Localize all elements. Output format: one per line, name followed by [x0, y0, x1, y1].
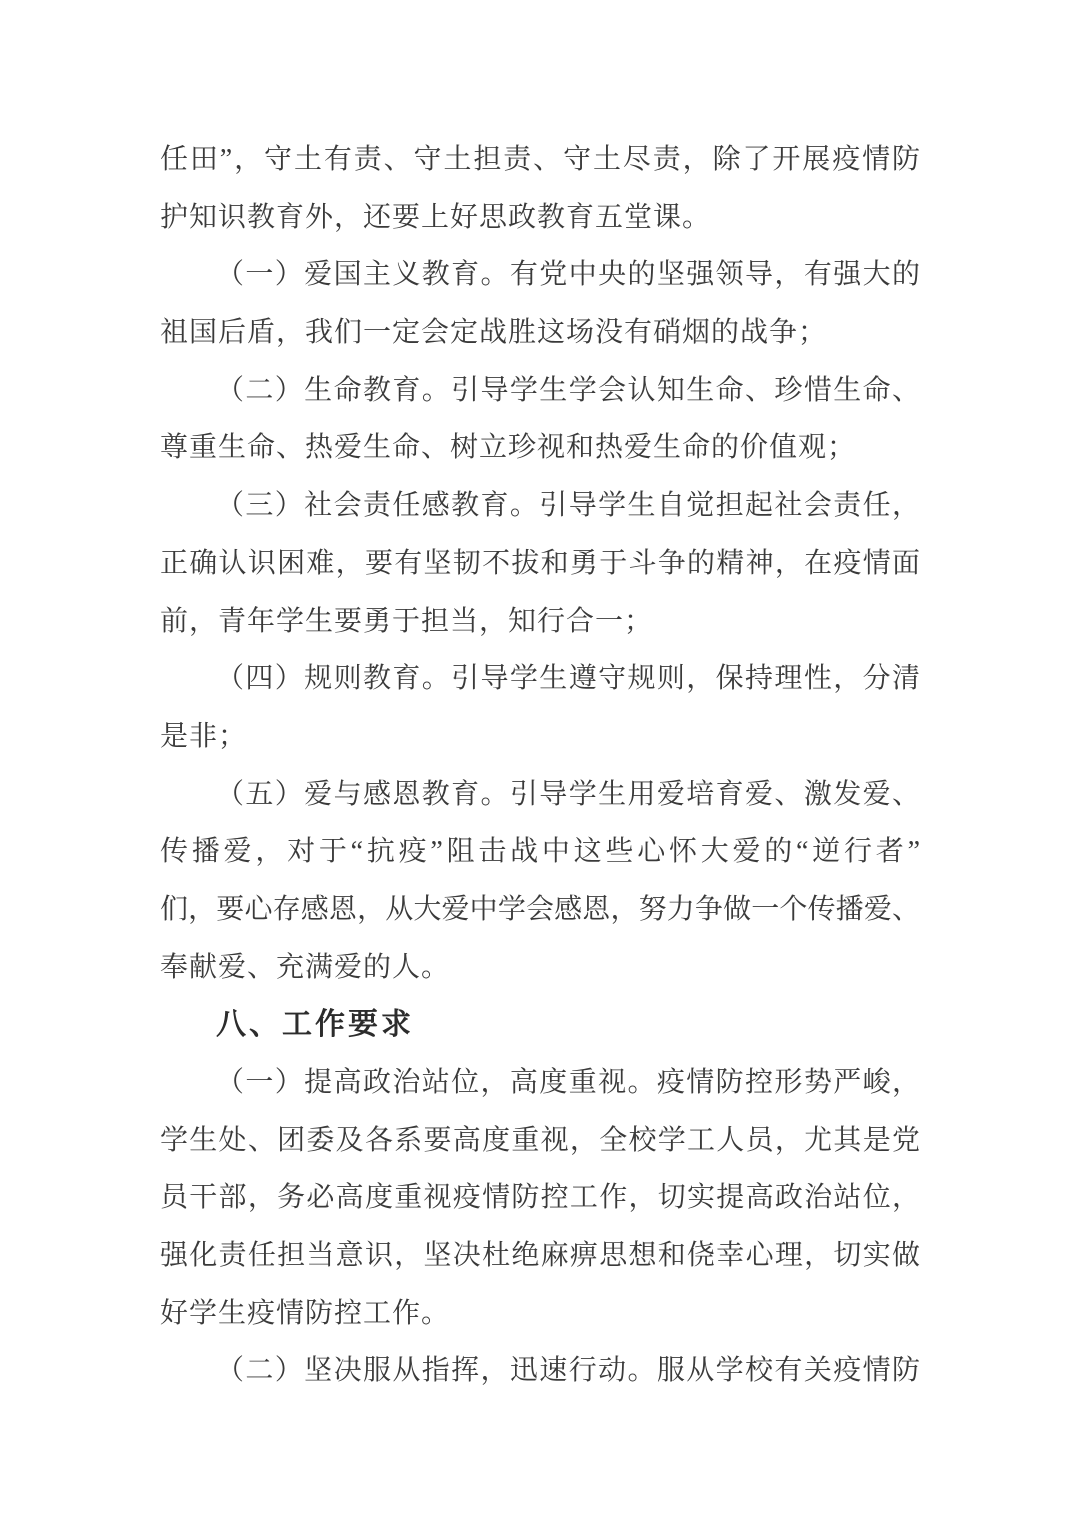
text-line: 正确认识困难，要有坚韧不拔和勇于斗争的精神，在疫情面 [160, 535, 920, 593]
text-line: 强化责任担当意识，坚决杜绝麻痹思想和侥幸心理，切实做 [160, 1227, 920, 1285]
text-line: 奉献爱、充满爱的人。 [160, 939, 920, 997]
text-line: 传播爱，对于“抗疫”阻击战中这些心怀大爱的“逆行者” [160, 823, 920, 881]
section-heading: 八、工作要求 [160, 996, 920, 1054]
text-line: （四）规则教育。引导学生遵守规则，保持理性，分清 [160, 650, 920, 708]
text-line: 护知识教育外，还要上好思政教育五堂课。 [160, 189, 920, 247]
text-line: 祖国后盾，我们一定会定战胜这场没有硝烟的战争； [160, 304, 920, 362]
text-line: 是非； [160, 708, 920, 766]
text-line: （二）坚决服从指挥，迅速行动。服从学校有关疫情防 [160, 1342, 920, 1400]
text-line: 们，要心存感恩，从大爱中学会感恩，努力争做一个传播爱、 [160, 881, 920, 939]
text-line: （一）爱国主义教育。有党中央的坚强领导，有强大的 [160, 246, 920, 304]
text-line: 尊重生命、热爱生命、树立珍视和热爱生命的价值观； [160, 419, 920, 477]
text-line: 前，青年学生要勇于担当，知行合一； [160, 593, 920, 651]
text-line: （一）提高政治站位，高度重视。疫情防控形势严峻， [160, 1054, 920, 1112]
document-page: 任田”，守土有责、守土担责、守土尽责，除了开展疫情防护知识教育外，还要上好思政教… [0, 0, 1080, 1526]
text-line: 好学生疫情防控工作。 [160, 1285, 920, 1343]
text-line: 学生处、团委及各系要高度重视，全校学工人员，尤其是党 [160, 1112, 920, 1170]
document-body: 任田”，守土有责、守土担责、守土尽责，除了开展疫情防护知识教育外，还要上好思政教… [160, 131, 920, 1400]
text-line: （五）爱与感恩教育。引导学生用爱培育爱、激发爱、 [160, 766, 920, 824]
text-line: 员干部，务必高度重视疫情防控工作，切实提高政治站位， [160, 1169, 920, 1227]
text-line: （二）生命教育。引导学生学会认知生命、珍惜生命、 [160, 362, 920, 420]
text-line: （三）社会责任感教育。引导学生自觉担起社会责任， [160, 477, 920, 535]
text-line: 任田”，守土有责、守土担责、守土尽责，除了开展疫情防 [160, 131, 920, 189]
